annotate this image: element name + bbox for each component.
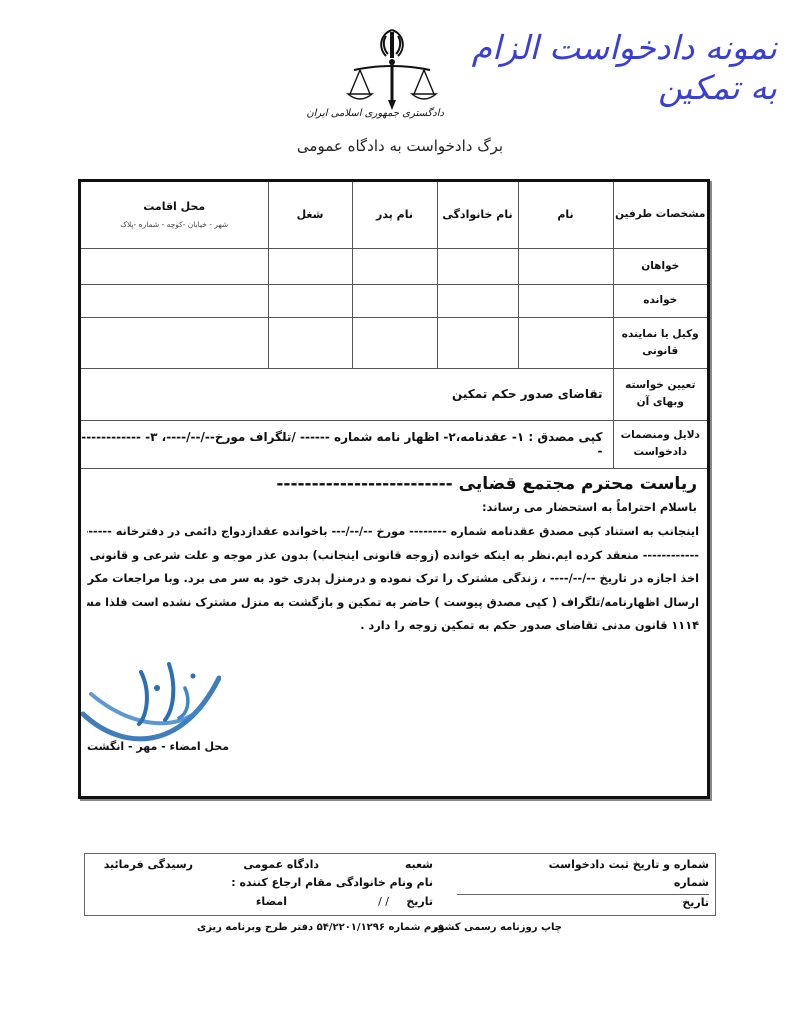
divider (457, 894, 709, 895)
defendant-occupation-field[interactable] (268, 284, 352, 317)
claim-value[interactable]: تقاضای صدور حکم تمکین (81, 368, 613, 420)
row-label-defendant: خوانده (613, 284, 707, 317)
defendant-first-name-field[interactable] (518, 284, 613, 317)
printer-credit: چاپ روزنامه رسمی کشور (433, 922, 562, 933)
letter-greeting: باسلام احتراماً به استحضار می رساند: (482, 500, 697, 514)
attorney-residence-field[interactable] (81, 317, 268, 368)
referral-date-label: تاریخ (406, 895, 433, 908)
row-label-claim: تعیین خواسته وبهای آن (613, 368, 707, 420)
referral-signature-label: امضاء (256, 895, 287, 908)
plaintiff-father-name-field[interactable] (352, 248, 437, 284)
header-first-name: نام (518, 182, 613, 248)
letter-line: اینجانب به استناد کپی مصدق عقدنامه شماره… (87, 520, 699, 544)
petition-letter: ریاست محترم مجتمع قضایی ----------------… (81, 468, 707, 798)
letter-line: ------------ منعقد کرده ایم.نظر به اینکه… (87, 544, 699, 568)
registration-title: شماره و تاریخ ثبت دادخواست (549, 858, 709, 871)
referral-date-value[interactable]: / / (378, 895, 389, 908)
letter-line: اخذ اجازه در تاریخ --/--/---- ، زندگی مش… (87, 567, 699, 591)
signature-area-label: محل امضاء - مهر - انگشت (87, 740, 229, 753)
branch-label: شعبه (405, 858, 433, 871)
letter-addressee: ریاست محترم مجتمع قضایی ----------------… (276, 474, 697, 494)
header-occupation: شغل (268, 182, 352, 248)
table-row-plaintiff: خواهان (81, 248, 707, 284)
attorney-occupation-field[interactable] (268, 317, 352, 368)
letter-line: ۱۱۱۴ قانون مدنی تقاضای صدور حکم به تمکین… (87, 614, 699, 638)
header-last-name: نام خانوادگی (437, 182, 518, 248)
petition-form: مشخصات طرفین نام نام خانوادگی نام پدر شغ… (78, 179, 710, 799)
office-use-box: شماره و تاریخ ثبت دادخواست شماره تاریخ ش… (84, 853, 716, 916)
header-residence: محل اقامت شهر - خیابان -کوچه - شماره -پل… (81, 182, 268, 248)
plaintiff-last-name-field[interactable] (437, 248, 518, 284)
row-label-attorney: وکیل یا نماینده قانونی (613, 317, 707, 368)
defendant-last-name-field[interactable] (437, 284, 518, 317)
table-row-claim: تعیین خواسته وبهای آن تقاضای صدور حکم تم… (81, 368, 707, 420)
registration-date-label: تاریخ (682, 896, 709, 909)
referrer-name-label: نام ونام خانوادگی مقام ارجاع کننده : (231, 876, 433, 889)
table-row-evidence: دلایل ومنضمات دادخواست کپی مصدق : ۱- عقد… (81, 420, 707, 468)
plaintiff-occupation-field[interactable] (268, 248, 352, 284)
table-header-row: مشخصات طرفین نام نام خانوادگی نام پدر شغ… (81, 182, 707, 248)
attorney-father-name-field[interactable] (352, 317, 437, 368)
parties-table: مشخصات طرفین نام نام خانوادگی نام پدر شغ… (81, 182, 707, 469)
referral-action-label: رسیدگی فرمائید (104, 858, 193, 871)
letter-body[interactable]: اینجانب به استناد کپی مصدق عقدنامه شماره… (87, 520, 699, 638)
evidence-value[interactable]: کپی مصدق : ۱- عقدنامه،۲- اظهار نامه شمار… (81, 420, 613, 468)
defendant-father-name-field[interactable] (352, 284, 437, 317)
plaintiff-first-name-field[interactable] (518, 248, 613, 284)
row-label-evidence: دلایل ومنضمات دادخواست (613, 420, 707, 468)
table-row-attorney: وکیل یا نماینده قانونی (81, 317, 707, 368)
form-subtitle: برگ دادخواست به دادگاه عمومی (270, 137, 530, 155)
court-label: دادگاه عمومی (243, 858, 319, 871)
page-headline: نمونه دادخواست الزام به تمکین (437, 28, 777, 108)
emblem-caption: دادگستری جمهوری اسلامی ایران (334, 108, 444, 119)
attorney-first-name-field[interactable] (518, 317, 613, 368)
row-label-plaintiff: خواهان (613, 248, 707, 284)
registration-number-label: شماره (674, 876, 709, 889)
table-row-defendant: خوانده (81, 284, 707, 317)
defendant-residence-field[interactable] (81, 284, 268, 317)
plaintiff-residence-field[interactable] (81, 248, 268, 284)
form-number: فرم شماره ۵۴/۲۲۰۱/۱۲۹۶ دفتر طرح وبرنامه … (197, 922, 444, 933)
judiciary-emblem-icon (346, 26, 438, 114)
letter-line: ارسال اظهارنامه/تلگراف ( کپی مصدق پیوست … (87, 591, 699, 615)
attorney-last-name-field[interactable] (437, 317, 518, 368)
header-father-name: نام پدر (352, 182, 437, 248)
registration-section: شماره و تاریخ ثبت دادخواست شماره تاریخ (438, 854, 715, 915)
header-parties: مشخصات طرفین (613, 182, 707, 248)
referral-section: شعبه دادگاه عمومی رسیدگی فرمائید نام ونا… (85, 854, 439, 915)
residence-hint: شهر - خیابان -کوچه - شماره -پلاک (81, 220, 268, 229)
